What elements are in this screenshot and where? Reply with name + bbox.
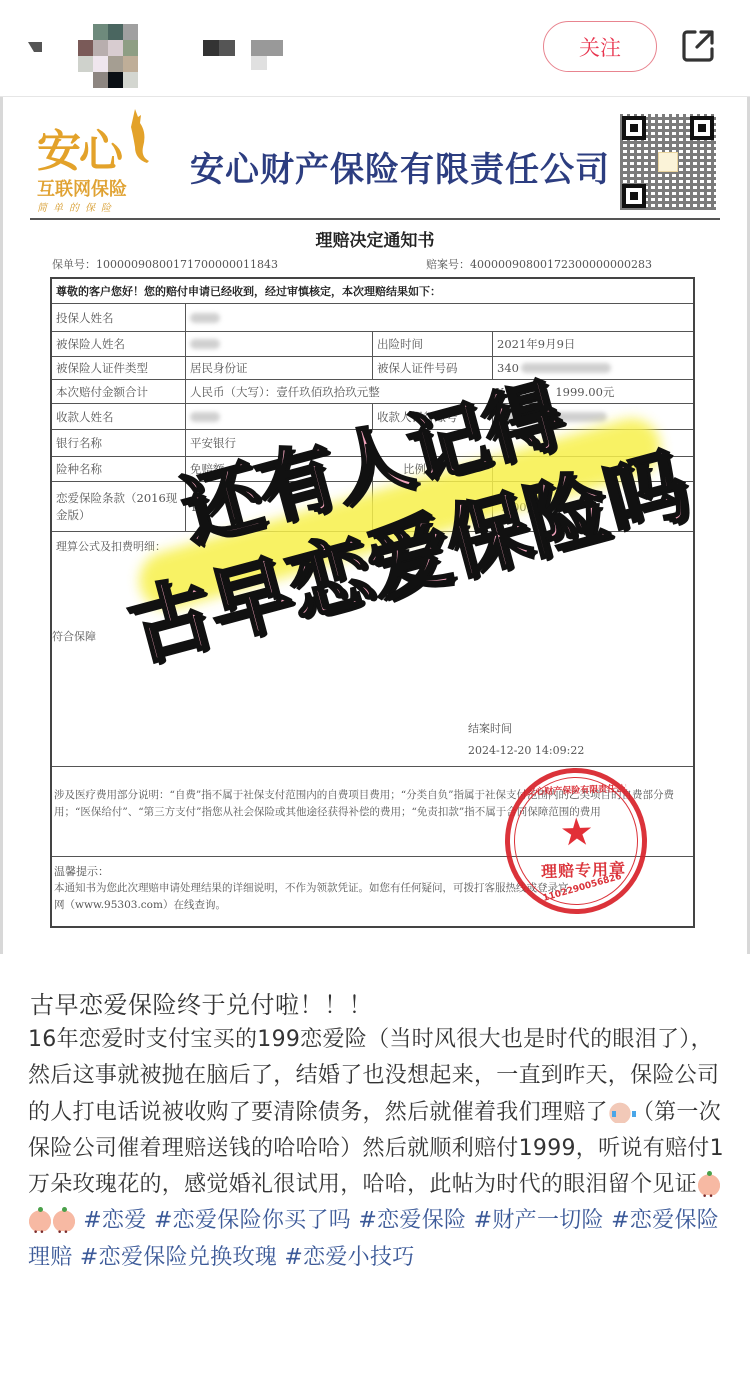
table-row: 投保人姓名	[52, 304, 693, 332]
table-row: 尊敬的客户您好！您的赔付申请已经收到，经过审慎核定，本次理赔结果如下：	[52, 279, 693, 304]
greeting-text: 尊敬的客户您好！您的赔付申请已经收到，经过审慎核定，本次理赔结果如下：	[52, 279, 693, 303]
avatar[interactable]	[78, 24, 138, 88]
hashtag-link[interactable]: #恋爱保险兑换玫瑰	[80, 1245, 277, 1270]
company-logo: 安心 互联网保险 简单的保险	[35, 107, 153, 215]
back-icon[interactable]	[26, 40, 46, 56]
clause-label: 恋爱保险条款（2016现金版）	[52, 482, 185, 531]
total-amount-label: 本次赔付金额合计	[52, 380, 185, 403]
redacted-value	[190, 339, 220, 349]
id-type-label: 被保险人证件类型	[52, 357, 185, 379]
nickname-blur-block	[251, 56, 267, 70]
closing-time-label: 结案时间	[468, 720, 512, 737]
qr-finder	[622, 184, 646, 208]
coverage-label: 险种名称	[52, 457, 185, 481]
peach-emoji-icon	[29, 1207, 51, 1231]
tips-title: 温馨提示：	[54, 863, 109, 880]
redacted-value	[190, 412, 220, 422]
table-row: 被保险人证件类型 居民身份证 被保人证件号码 340	[52, 357, 693, 380]
letterhead-divider	[30, 218, 720, 220]
bank-label: 银行名称	[52, 430, 185, 456]
post-title: 古早恋爱保险终于兑付啦！！！	[30, 985, 373, 1020]
logo-main-text: 安心	[37, 115, 121, 179]
qr-finder	[690, 116, 714, 140]
author-nickname[interactable]	[203, 40, 283, 70]
share-icon[interactable]	[680, 28, 716, 64]
crying-emoji-icon	[609, 1099, 631, 1123]
id-type-value: 居民身份证	[185, 357, 372, 379]
insured-label: 被保险人姓名	[52, 332, 185, 356]
post-body: 16年恋爱时支付宝买的199恋爱险（当时风很大也是时代的眼泪了），然后这事就被抛…	[28, 1022, 724, 1276]
policyholder-label: 投保人姓名	[52, 304, 185, 331]
hashtag-link[interactable]: #恋爱保险你买了吗	[154, 1208, 351, 1233]
nickname-blur-block	[203, 40, 235, 56]
tips-body: 本通知书为您此次理赔申请处理结果的详细说明，不作为领款凭证。如您有任何疑问，可拨…	[54, 880, 574, 914]
hashtag-link[interactable]: #财产一切险	[474, 1208, 604, 1233]
policyholder-value	[185, 304, 693, 331]
hashtag-link[interactable]: #恋爱保险	[358, 1208, 466, 1233]
peach-emoji-icon	[53, 1207, 75, 1231]
formula-label: 理算公式及扣费明细：	[56, 538, 166, 555]
accident-time-value: 2021年9月9日	[492, 332, 693, 356]
payee-label: 收款人姓名	[52, 404, 185, 429]
redacted-value	[190, 313, 220, 323]
claim-number: 赔案号：40000090800172300000000283	[426, 256, 652, 272]
qr-finder	[622, 116, 646, 140]
accident-time-label: 出险时间	[372, 332, 492, 356]
kangaroo-logo-icon	[121, 107, 151, 167]
peach-emoji-icon	[698, 1171, 720, 1195]
table-row: 被保险人姓名 出险时间 2021年9月9日	[52, 332, 693, 357]
company-name: 安心财产保险有限责任公司	[190, 142, 610, 191]
policy-number: 保单号：10000090800171700000011843	[52, 256, 278, 272]
nickname-blur-block	[251, 40, 283, 56]
star-icon: ★	[559, 812, 594, 851]
logo-sub-text: 互联网保险	[37, 175, 127, 201]
qr-code	[620, 114, 716, 210]
closing-time-value: 2024-12-20 14:09:22	[468, 742, 584, 759]
document-title: 理赔决定通知书	[0, 226, 750, 251]
top-bar: 关注	[0, 0, 750, 95]
hashtag-link[interactable]: #恋爱	[83, 1208, 146, 1233]
insured-value	[185, 332, 372, 356]
formula-item: 符合保障	[52, 628, 96, 645]
logo-slogan: 简单的保险	[37, 199, 117, 214]
hashtag-link[interactable]: #恋爱小技巧	[284, 1245, 414, 1270]
qr-logo	[658, 152, 678, 172]
follow-button[interactable]: 关注	[543, 21, 657, 72]
